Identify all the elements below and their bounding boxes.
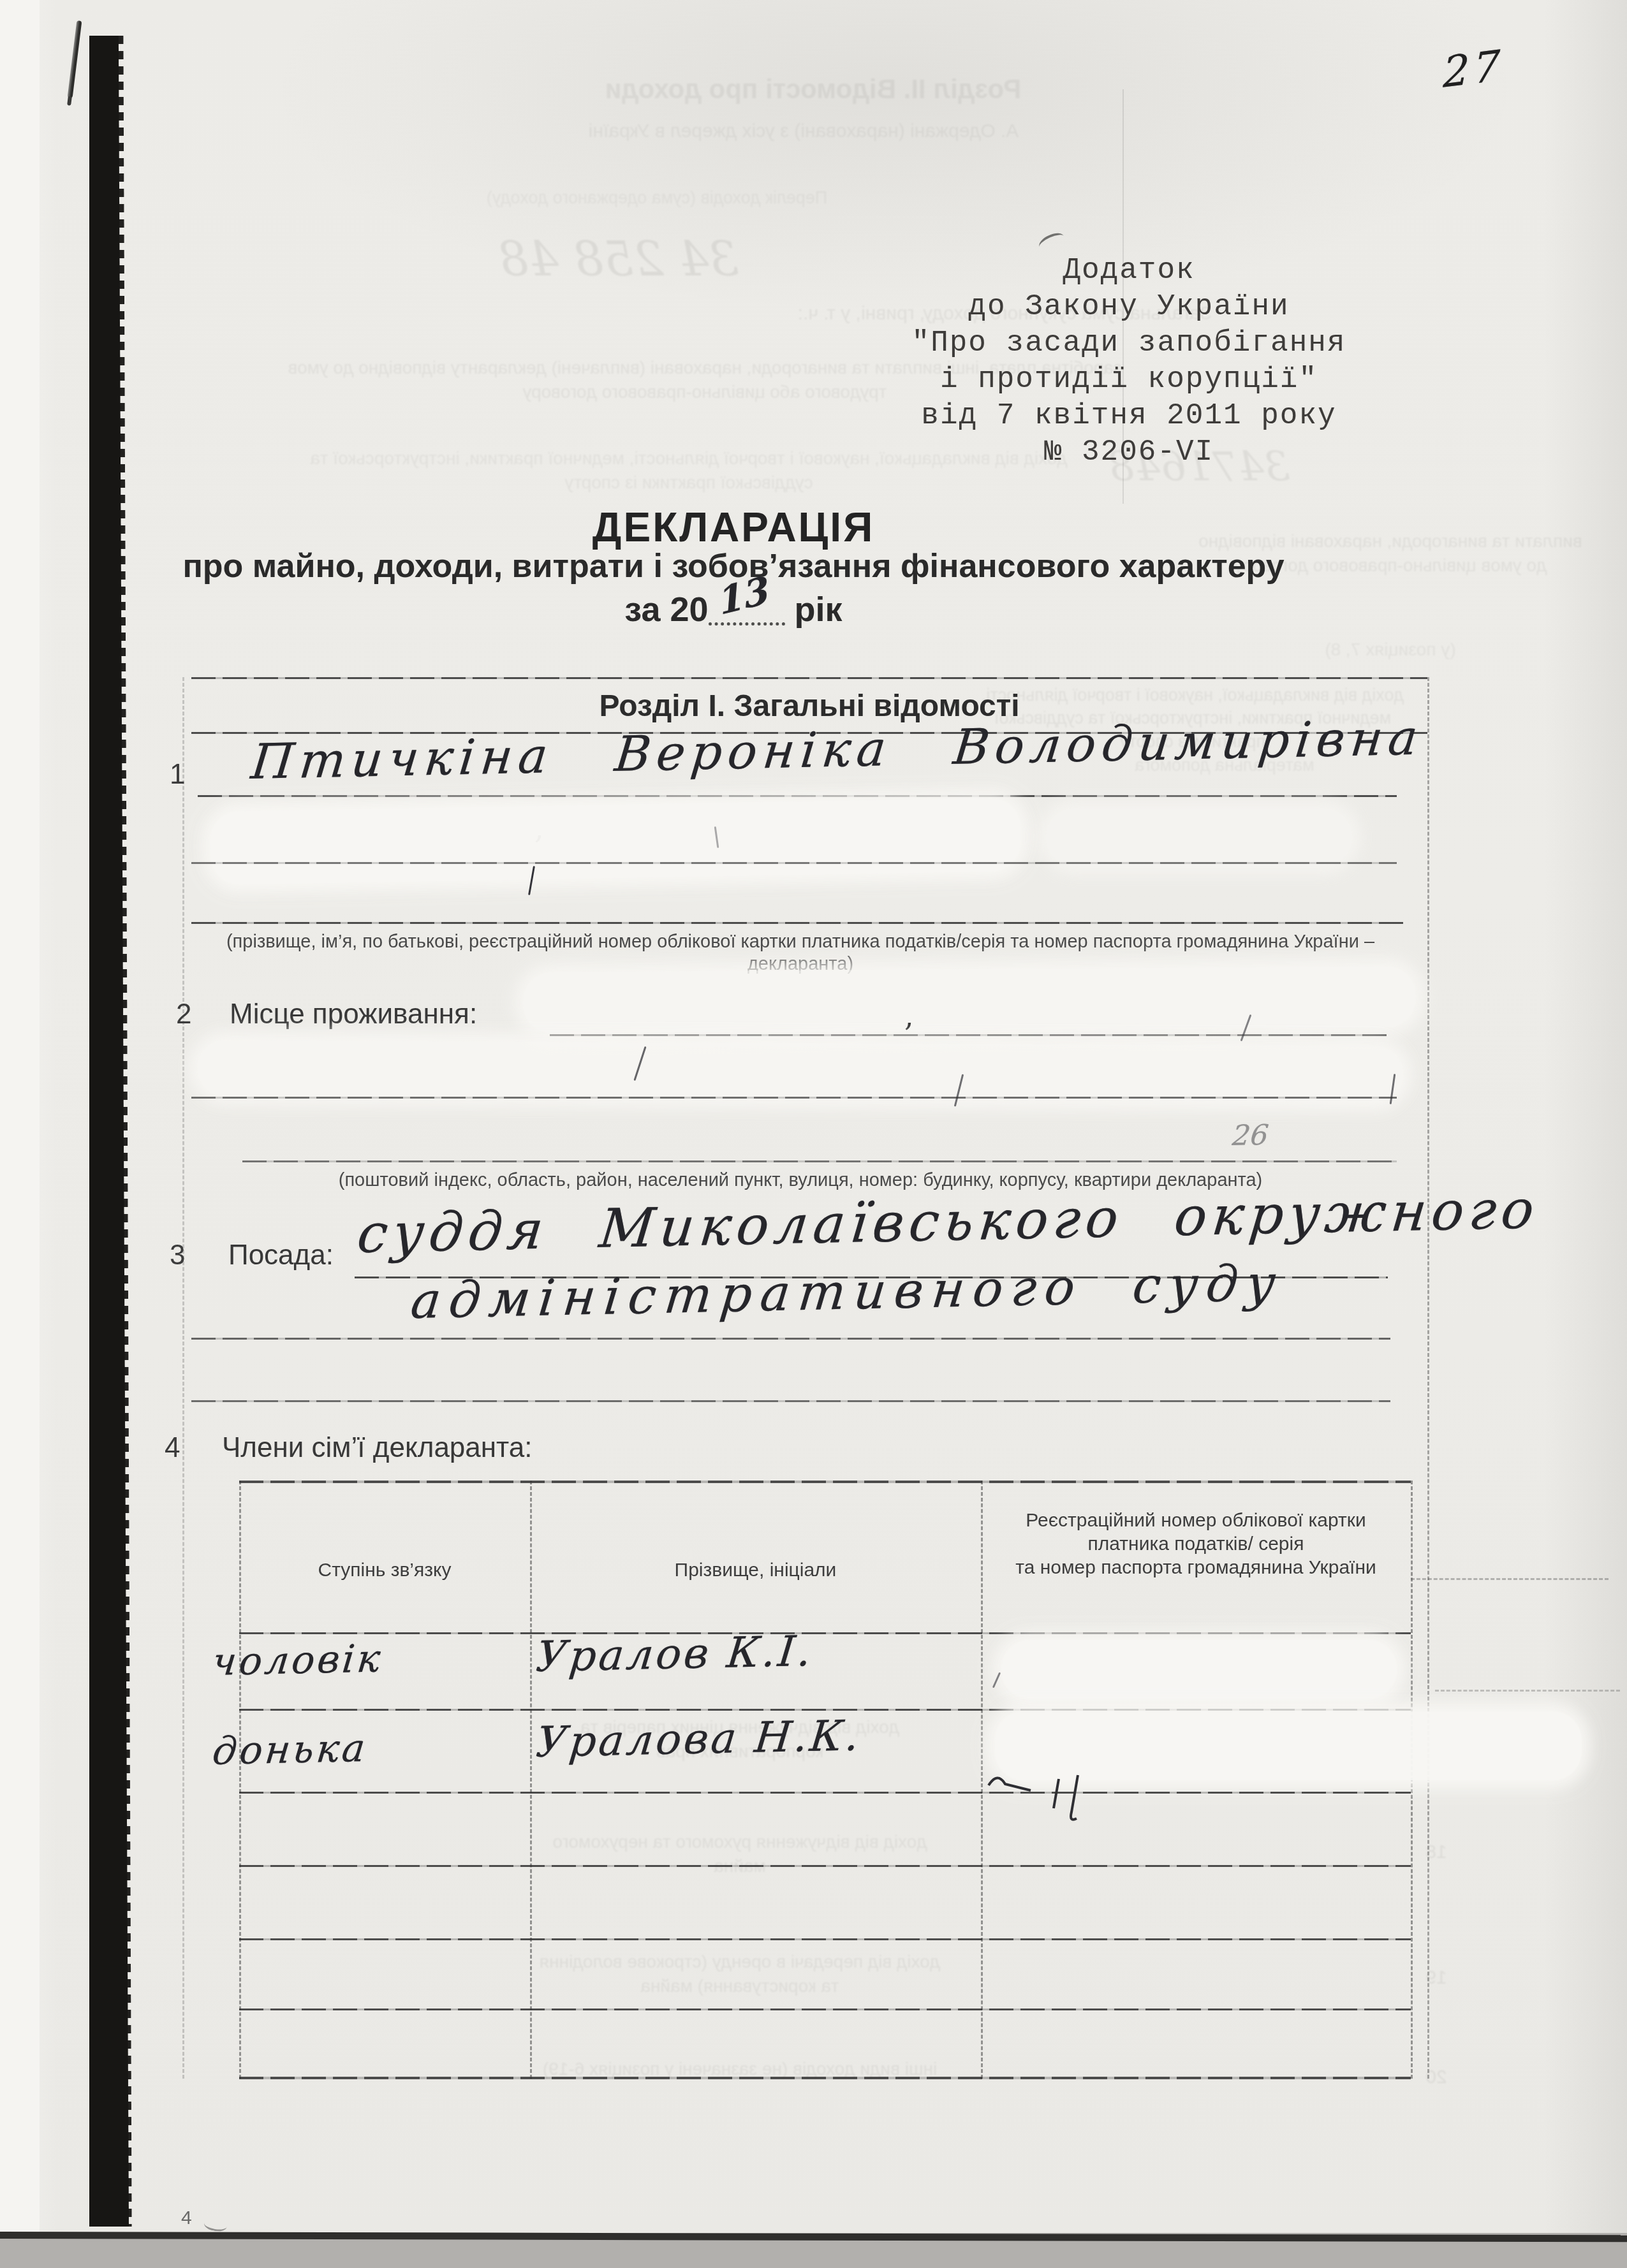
field1-number: 1 — [170, 759, 185, 791]
table-row-line — [239, 1632, 1411, 1634]
page-bottom-edge — [0, 2232, 1627, 2242]
declaration-title: ДЕКЛАРАЦІЯ — [147, 504, 1320, 551]
position-label: Посада: — [228, 1240, 334, 1271]
table-row-line — [239, 1938, 1411, 1940]
bleedthrough-section2-heading: Розділ ІІ. Відомості про доходи — [446, 71, 1180, 108]
field4-number: 4 — [165, 1432, 180, 1464]
year-prefix: за 20 — [624, 590, 708, 629]
handwritten-page-number: 27 — [1443, 41, 1505, 98]
column-header-relation: Ступінь зв’язку — [239, 1558, 530, 1582]
annex-line: Додаток — [887, 252, 1371, 289]
ruled-line — [191, 1097, 1397, 1099]
bleedthrough-item19-num: 19 — [1417, 1965, 1455, 1991]
annex-line: № 3206-VI — [887, 434, 1371, 471]
table-border-bottom — [239, 2077, 1411, 2079]
ink-remnant-squiggle — [982, 1766, 1174, 1824]
ruled-line — [242, 1160, 1397, 1162]
table-row-relation: донька — [210, 1726, 370, 1774]
whiteout-patch — [523, 966, 1417, 1034]
field3-number: 3 — [170, 1240, 185, 1271]
table-row-name: Уралов К.І. — [534, 1627, 816, 1681]
bleedthrough-row-line — [1435, 1690, 1620, 1692]
whiteout-patch — [1001, 1640, 1397, 1699]
table-row-line — [239, 1792, 1411, 1794]
bleedthrough-handwritten-sum: 34 258 48 — [357, 228, 880, 292]
bleedthrough-perelik: Перелік доходів (сума одержаного доходу) — [306, 186, 1008, 209]
table-border-top — [239, 1481, 1411, 1483]
table-row-line — [239, 1865, 1411, 1867]
annex-note: Додаток до Закону України "Про засади за… — [887, 252, 1371, 471]
bleedthrough-item20-num: 20 — [1417, 2065, 1455, 2091]
column-header-idnumber-line: та номер паспорта громадянина України — [981, 1556, 1411, 1579]
faint-house-number: 26 — [1231, 1119, 1270, 1152]
annex-line: "Про засади запобігання — [887, 325, 1371, 362]
ruled-line — [191, 862, 1397, 864]
whiteout-patch — [1046, 808, 1352, 866]
table-row-name: Уралова Н.К. — [534, 1711, 864, 1767]
bleedthrough-item18-num: 18 — [1417, 1840, 1455, 1866]
residence-label: Місце проживання: — [230, 999, 477, 1030]
bleedthrough-line-a: А. Одержані (нараховані) з усіх джерел в… — [357, 119, 1250, 145]
field2-number: 2 — [176, 999, 191, 1030]
family-members-label: Члени сім’ї декларанта: — [222, 1432, 532, 1464]
table-row-line — [239, 1709, 1411, 1711]
year-dotted-line: 13 — [709, 596, 785, 626]
annex-line: до Закону України — [887, 289, 1371, 325]
column-header-idnumber-line: Реєстраційний номер облікової картки — [981, 1509, 1411, 1532]
form-right-margin-line — [1427, 677, 1429, 2079]
ruled-line — [191, 677, 1427, 679]
year-suffix: рік — [795, 590, 843, 629]
family-table: Ступінь зв’язку Прізвище, ініціали Реєст… — [239, 1481, 1411, 2079]
scanned-declaration-page: Розділ ІІ. Відомості про доходи А. Одерж… — [0, 0, 1627, 2268]
column-header-idnumber: Реєстраційний номер облікової картки пла… — [981, 1509, 1411, 1579]
column-header-idnumber-line: платника податків/ серія — [981, 1532, 1411, 1556]
annex-line: і протидії корупції" — [887, 362, 1371, 398]
scanner-edge — [0, 0, 40, 2233]
ruled-line — [198, 795, 1397, 797]
ruled-line — [191, 1400, 1390, 1402]
column-header-name: Прізвище, ініціали — [530, 1558, 981, 1582]
whiteout-patch — [198, 1040, 1403, 1102]
declaration-year-line: за 2013 рік — [147, 590, 1320, 629]
ink-remnant — [992, 1672, 1001, 1688]
bleedthrough-pozits: (у позиціях 7, 8) — [1212, 638, 1569, 662]
ruled-line — [191, 922, 1403, 924]
bleedthrough-row-line — [1411, 1578, 1609, 1580]
whiteout-patch — [210, 798, 1021, 885]
footer-pen-mark: 4 — [181, 2207, 192, 2229]
form-left-margin-line — [182, 677, 184, 2079]
table-row-line — [239, 2008, 1411, 2010]
ruled-line — [550, 1034, 1387, 1036]
ink-comma: , — [904, 999, 914, 1033]
ruled-line — [191, 1338, 1390, 1340]
annex-line: від 7 квітня 2011 року — [887, 398, 1371, 434]
handwritten-year: 13 — [718, 576, 771, 615]
table-row-relation: чоловік — [210, 1636, 385, 1685]
